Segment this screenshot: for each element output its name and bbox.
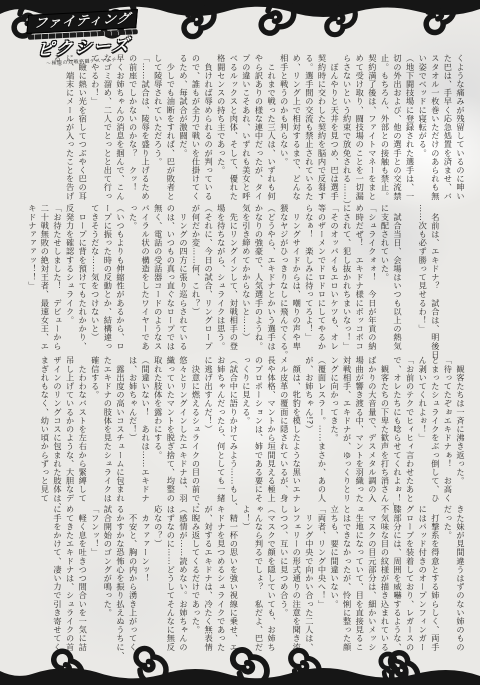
text-column: 止。もちろん、外部との接触も禁止。 — [379, 54, 392, 204]
text-column: ばかりの大音量で、デスメタル調の入 — [366, 356, 379, 506]
text-column: まぎれもなく、幼い頃からずっと見て — [39, 356, 52, 506]
text-column: ぼんやりと天井を見つめ、巴は選手 — [328, 54, 341, 204]
text-column: とはできなかったが、怜悧に整った顔 — [341, 505, 354, 655]
text-column: 対戦相手、エキドナが、ゆっくりとリ — [341, 356, 354, 506]
text-column: め時だぜ！ エキドナ様にボッコボコ — [354, 204, 367, 354]
text-column: 長や体格、マントから垣間見える極上 — [266, 356, 279, 506]
text-column: （感情が……読めない。お姉ちゃんの — [177, 505, 190, 655]
text-column: 場曲が響き渡る中、マントを羽織った — [354, 356, 367, 506]
text-column: は、お姉ちゃんだ！） — [127, 356, 140, 506]
text-column: 二十戦無敗の絶対王者、最速女王、エ — [39, 204, 52, 354]
text-column: （それに、今日の試合、リングロープ — [203, 204, 216, 354]
text-column: 精一杯の思いを強い視線に乗せ、エ — [228, 505, 241, 655]
text-column: 試合開始のゴングが鳴った。 — [102, 505, 115, 655]
text-column: スタオル一枚巻いただけのあられも無 — [429, 54, 442, 204]
text-column: リングサイドからは、嘲りの声や卑 — [291, 204, 304, 354]
text-column: めてきたエキドナは、シュライクの首 — [64, 505, 77, 655]
text-column: 「お前のテクでヒィヒィ言わせたあと — [404, 356, 417, 506]
text-column: るため、毎試合が激闘だ。 — [177, 54, 190, 204]
text-column: 負ければ辱められるのが判っている — [203, 54, 216, 204]
text-column: 顔は、牝豹を模したような黒いエナ — [291, 356, 304, 506]
text-column: たわわなバストを左右から緊縛して — [77, 356, 90, 506]
text-column — [454, 204, 467, 354]
text-column: 反発力を確認するシュライク。 — [64, 204, 77, 354]
text-column: 立ちも、要に間違いない。 — [328, 505, 341, 655]
text-column: 露出度の高いコスチュームに包まれ — [114, 356, 127, 506]
text-column: （地下闘技場に登録された選手は、一 — [404, 54, 417, 204]
text-column: のプロポーションは、姉である要にそ — [253, 356, 266, 506]
text-column: る。選手間の交流も禁止されているた — [303, 54, 316, 204]
text-column: 取れた肢体を露わにする。 — [152, 356, 165, 506]
text-column: プの違いこそあれ、いずれも美女と呼 — [240, 54, 253, 204]
text-column: かなりの強豪で、人気選手のようね。 — [253, 204, 266, 354]
text-column: 不気味な目の紋様が描き込まれている。 — [379, 505, 392, 655]
text-column: らさないという約束で放免される……） — [341, 54, 354, 204]
text-column: に支配されていた。 — [379, 204, 392, 354]
text-column: 軽く息を吐きつつ間合いを一気に詰 — [77, 505, 90, 655]
text-column: お姉ちゃんだったら、何としても一緒 — [215, 356, 228, 506]
text-column: らなぁ！ 楽しみに待ってろよ！」 — [303, 204, 316, 354]
text-column: め、リング上で相対するまで、どんな — [291, 54, 304, 204]
text-column: 場を待ちながら、シュライクは思う。 — [215, 204, 228, 354]
text-column: に逃げ出すんだ！） — [203, 356, 216, 506]
text-column: キドナを見つめるシュライクであった — [215, 505, 228, 655]
text-column: てやるわ！」 — [89, 54, 102, 204]
text-column: った。 — [127, 204, 140, 354]
text-column — [404, 204, 417, 354]
text-column: はずなのに……どうしてそんなに無反 — [165, 505, 178, 655]
text-column: やら訳ありの様な連中だったが、タイ — [253, 54, 266, 204]
text-column: 観客たちは一斉に沸き返った。 — [454, 356, 467, 506]
text-column: ープに振った時の反動とか、結構違っ — [102, 204, 115, 354]
text-column: メル皮革の覆面に隠されているが、身 — [278, 356, 291, 506]
ornamental-border-bottom — [0, 637, 480, 685]
text-column: きた妹が見間違うはずのない姉のもの — [454, 505, 467, 655]
novel-text-block-1: くような痛みが残留しているのに呻いた巴は、手早く応急処置を済ませ、バスタオル一枚… — [15, 54, 467, 204]
text-column: るかすかな恐怖心を振り払えぬうちに、 — [114, 505, 127, 655]
text-column: 打撃系を得意とする姉らしく、両手 — [429, 505, 442, 655]
text-column: ザインのリングコスに包まれた肢体は、 — [51, 356, 64, 506]
text-column: （試合中に語りかけてみよう……もし、 — [228, 356, 241, 506]
text-column: っくりに見える。 — [240, 356, 253, 506]
text-column: しつつ、互いに見つめ合う。 — [278, 505, 291, 655]
text-column: ロープに背を預けてもたれかかり、 — [77, 204, 90, 354]
text-column: 「……試合は、陵辱を盛り上げるため — [140, 54, 153, 204]
text-column: 膝部分には、周囲を威嚇するような、 — [391, 505, 404, 655]
swirl-pattern-bottom — [0, 637, 480, 685]
text-column: 「待ってたぞぉエキドナぁ！ お高く — [442, 356, 455, 506]
text-column: （いつもよりも伸縮性があるから、ロ — [114, 204, 127, 354]
text-column: 猥なヤジがひっきりなしに飛んでくる。 — [278, 204, 291, 354]
text-column: これまで戦った三人は、いずれも何 — [266, 54, 279, 204]
text-column: 契約満了後は、ファイトマネーをまと — [366, 54, 379, 204]
text-column: たエキドナの肢体を見たシュライクは — [102, 356, 115, 506]
text-column: ュ生地になっていて、目を直接見るこ — [354, 505, 367, 655]
text-column: 契約時に交わした契約を脳内で反芻す — [316, 54, 329, 204]
text-column: ので、誰もが全力で戦いを仕掛けてく — [190, 54, 203, 204]
text-column: ゃんなら判るでしょ？ 私だよ、巴だ — [253, 505, 266, 655]
text-column: マスクの目元部分は、細かいメッシ — [366, 505, 379, 655]
text-column: ングに向かってきた。 — [328, 356, 341, 506]
text-column: よ！） — [240, 505, 253, 655]
text-column: で、オレたちにも唸らせてくれよぉ！」 — [391, 356, 404, 506]
text-column: 切の外出および、他の選手との交流禁 — [391, 54, 404, 204]
text-column: して陵辱されていただろう。 — [152, 54, 165, 204]
text-column: 確信する。 — [89, 356, 102, 506]
text-column: 不安と、胸の内から湧き上がってく — [127, 505, 140, 655]
text-column: 格闘センスの持ち主であった。 — [215, 54, 228, 204]
text-column: 悠々とリングインしたエキドナは、羽 — [177, 356, 190, 506]
text-column: 吊し上げているかのような、大胆なデ — [64, 356, 77, 506]
series-logo: ファイティング ピクシーズ ～極限の対戦格闘デスマッチ～ — [13, 6, 154, 68]
text-column: なゴミ溜め、二人でとっとと出て行っ — [102, 54, 115, 204]
text-column: とまったシュライクをぶっ倒して、ひ — [429, 356, 442, 506]
text-column: に睨み返してくるだけであった。 — [190, 505, 203, 655]
text-column: 「お待たせしました！ デビューから — [51, 204, 64, 354]
text-column: に手をかけて、凄い力で引き寄せてく — [51, 505, 64, 655]
text-column: （覆面レスラー。……まさか、あの人 — [316, 356, 329, 506]
text-column: の前座でしかないのかな？ クッ！ — [127, 54, 140, 204]
text-column: 早くお姉ちゃんの消息を掴んで、こん — [114, 54, 127, 204]
text-column: べるルックスと肉体、そして、優れた — [228, 54, 241, 204]
text-column: ん剥いてくれよぉ！」 — [417, 356, 430, 506]
text-column: 織っていたマントを脱ぎ捨て、均整の — [165, 356, 178, 506]
text-column: （マスクで顔を隠していても、お姉ち — [266, 505, 279, 655]
text-column: 「そのオッパイもエロいケツも、オレ — [328, 204, 341, 354]
text-column: カァァァーンッ！ — [140, 505, 153, 655]
logo-title-line2: ピクシーズ — [36, 36, 131, 59]
text-column: 観客たちの下卑た歓声を打ち消さん — [379, 356, 392, 506]
text-column: にされて、犯し抜かれちまいなっ！」 — [341, 204, 354, 354]
text-column: グローブを装着しており、レガースの — [404, 505, 417, 655]
text-column: だった。 — [442, 505, 455, 655]
text-column: 応なの？） — [152, 505, 165, 655]
text-column: が何だか変……何、これ？） — [190, 204, 203, 354]
text-column: 「シュライクォォ！ 今日が年貢の納 — [366, 204, 379, 354]
text-column: 無く、電話の受話器コードのようなス — [152, 204, 165, 354]
text-column: 名前は、エキドナ？ 試合は、明後日 — [429, 204, 442, 354]
text-column: 先にリングインして、対戦相手の登 — [228, 204, 241, 354]
text-column: 決意に燃えるシュライクの目の前で、 — [190, 356, 203, 506]
novel-text-block-3: 観客たちは一斉に沸き返った。「待ってたぞぉエキドナぁ！ お高くとまったシュライク… — [15, 356, 467, 506]
text-column: 瞼に熱い光を宿してつぶやく巴の耳 — [77, 54, 90, 204]
text-column: い姿でベッドに寝転がる。 — [417, 54, 430, 204]
text-column: レフェリーの形式通りの注意を聞き流 — [291, 505, 304, 655]
text-column: 気を引き締めてかからないと……） — [240, 204, 253, 354]
text-column: る。 — [51, 54, 64, 204]
text-column: （間違いない！ あれは……エキドナ — [140, 356, 153, 506]
text-column: に、端末にメールが入ったことを告げ — [64, 54, 77, 204]
text-column: 「フンッ！」 — [89, 505, 102, 655]
text-column: パイラル状の構造をしたワイヤーであ — [140, 204, 153, 354]
text-column: にはパッド付きのオープンフィンガー — [417, 505, 430, 655]
text-column: 「両者、リング中央へ！」 — [316, 505, 329, 655]
novel-text-block-4: きた妹が見間違うはずのない姉のものだった。 打撃系を得意とする姉らしく、両手には… — [15, 505, 467, 655]
novel-text-block-2: 名前は、エキドナ？ 試合は、明後日……次も必ず勝って見せるわ！」 試合当日、会場… — [15, 204, 467, 354]
text-column — [442, 204, 455, 354]
text-column: が、お姉ちゃん!?） — [303, 356, 316, 506]
text-column: リングの四方に張り巡らされている — [177, 204, 190, 354]
text-column: 等のザーメンでドロドロにしてやるか — [316, 204, 329, 354]
text-column: 少しでも油断をすれば、巴が敗者と — [165, 54, 178, 204]
text-column: ……次も必ず勝って見せるわ！」 — [417, 204, 430, 354]
text-column: （どうやら、エキドナとかいう選手は — [266, 204, 279, 354]
text-column: が、対するエキドナは、冷たく無表情 — [203, 505, 216, 655]
text-column: めて受け取り、闘技場のことを一切漏 — [354, 54, 367, 204]
text-column: のは、いつもの真っ直ぐなロープでは — [165, 204, 178, 354]
text-column: 試合当日、会場はいつも以上の熱気 — [391, 204, 404, 354]
text-column: てきそうだな……気をつけないと） — [89, 204, 102, 354]
text-column: た巴は、手早く応急処置を済ませ、バ — [442, 54, 455, 204]
text-column: 相手と戦うのかも判らない。 — [278, 54, 291, 204]
text-column: リング中央で向かい合った二人は、 — [303, 505, 316, 655]
text-column: キドナァァァッ！！」 — [26, 204, 39, 354]
text-column: くような痛みが残留しているのに呻い — [454, 54, 467, 204]
